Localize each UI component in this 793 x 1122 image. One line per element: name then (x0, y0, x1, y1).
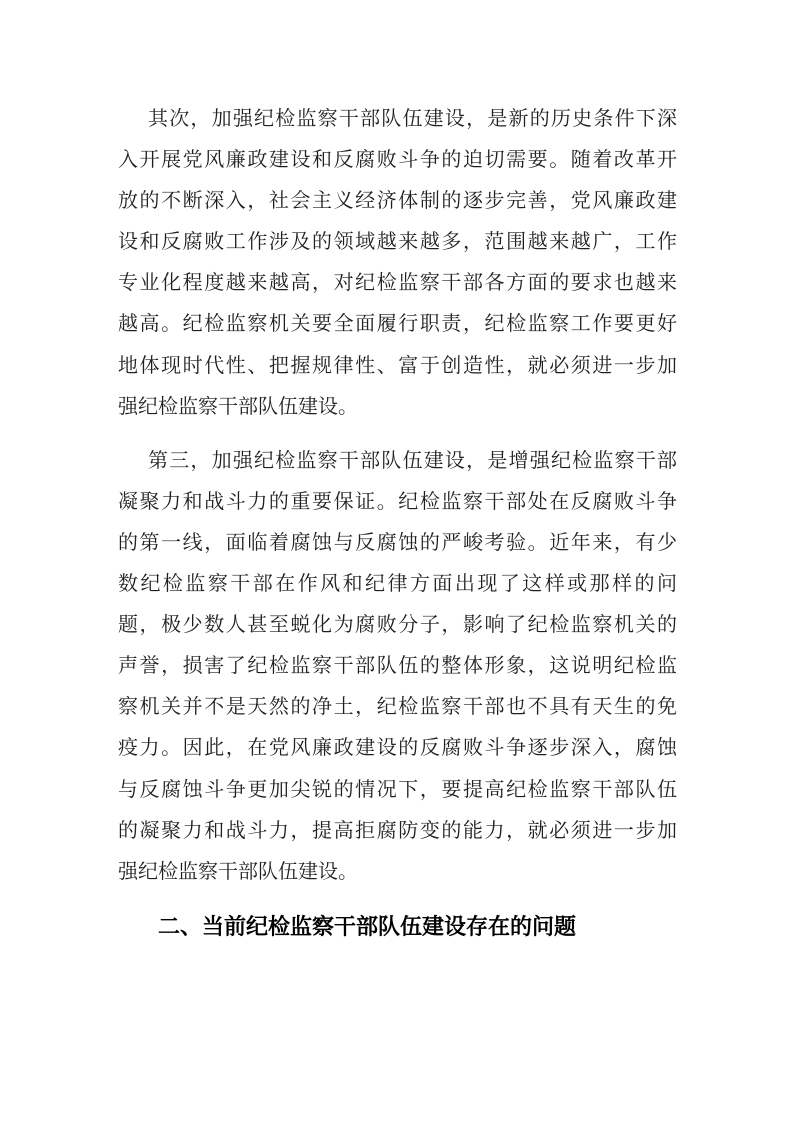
text-line: 其次，加强纪检监察干部队伍建设，是新的历史条件下深 (118, 99, 677, 140)
text-line: 放的不断深入，社会主义经济体制的逐步完善，党风廉政建 (118, 181, 677, 222)
text-line: 地体现时代性、把握规律性、富于创造性，就必须进一步加 (118, 346, 677, 387)
text-line: 强纪检监察干部队伍建设。 (118, 387, 677, 428)
text-line: 专业化程度越来越高，对纪检监察干部各方面的要求也越来 (118, 263, 677, 304)
text-line: 入开展党风廉政建设和反腐败斗争的迫切需要。随着改革开 (118, 140, 677, 181)
text-line: 第三，加强纪检监察干部队伍建设，是增强纪检监察干部 (118, 441, 677, 482)
text-line: 凝聚力和战斗力的重要保证。纪检监察干部处在反腐败斗争 (118, 482, 677, 523)
text-line: 与反腐蚀斗争更加尖锐的情况下，要提高纪检监察干部队伍 (118, 770, 677, 811)
text-line: 的凝聚力和战斗力，提高拒腐防变的能力，就必须进一步加 (118, 811, 677, 852)
text-line: 的第一线，面临着腐蚀与反腐蚀的严峻考验。近年来，有少 (118, 523, 677, 564)
text-line: 越高。纪检监察机关要全面履行职责，纪检监察工作要更好 (118, 304, 677, 345)
text-line: 强纪检监察干部队伍建设。 (118, 852, 677, 893)
paragraphs-container: 其次，加强纪检监察干部队伍建设，是新的历史条件下深入开展党风廉政建设和反腐败斗争… (118, 99, 677, 893)
section-heading: 二、当前纪检监察干部队伍建设存在的问题 (118, 911, 677, 943)
text-line: 察机关并不是天然的净土，纪检监察干部也不具有天生的免 (118, 687, 677, 728)
document-page: 其次，加强纪检监察干部队伍建设，是新的历史条件下深入开展党风廉政建设和反腐败斗争… (0, 0, 793, 1122)
document-body: 其次，加强纪检监察干部队伍建设，是新的历史条件下深入开展党风廉政建设和反腐败斗争… (118, 99, 677, 943)
text-line: 设和反腐败工作涉及的领域越来越多，范围越来越广，工作 (118, 222, 677, 263)
text-line: 声誉，损害了纪检监察干部队伍的整体形象，这说明纪检监 (118, 646, 677, 687)
paragraph: 第三，加强纪检监察干部队伍建设，是增强纪检监察干部凝聚力和战斗力的重要保证。纪检… (118, 441, 677, 893)
text-line: 疫力。因此，在党风廉政建设的反腐败斗争逐步深入，腐蚀 (118, 728, 677, 769)
paragraph: 其次，加强纪检监察干部队伍建设，是新的历史条件下深入开展党风廉政建设和反腐败斗争… (118, 99, 677, 428)
text-line: 数纪检监察干部在作风和纪律方面出现了这样或那样的问 (118, 564, 677, 605)
text-line: 题，极少数人甚至蜕化为腐败分子，影响了纪检监察机关的 (118, 605, 677, 646)
